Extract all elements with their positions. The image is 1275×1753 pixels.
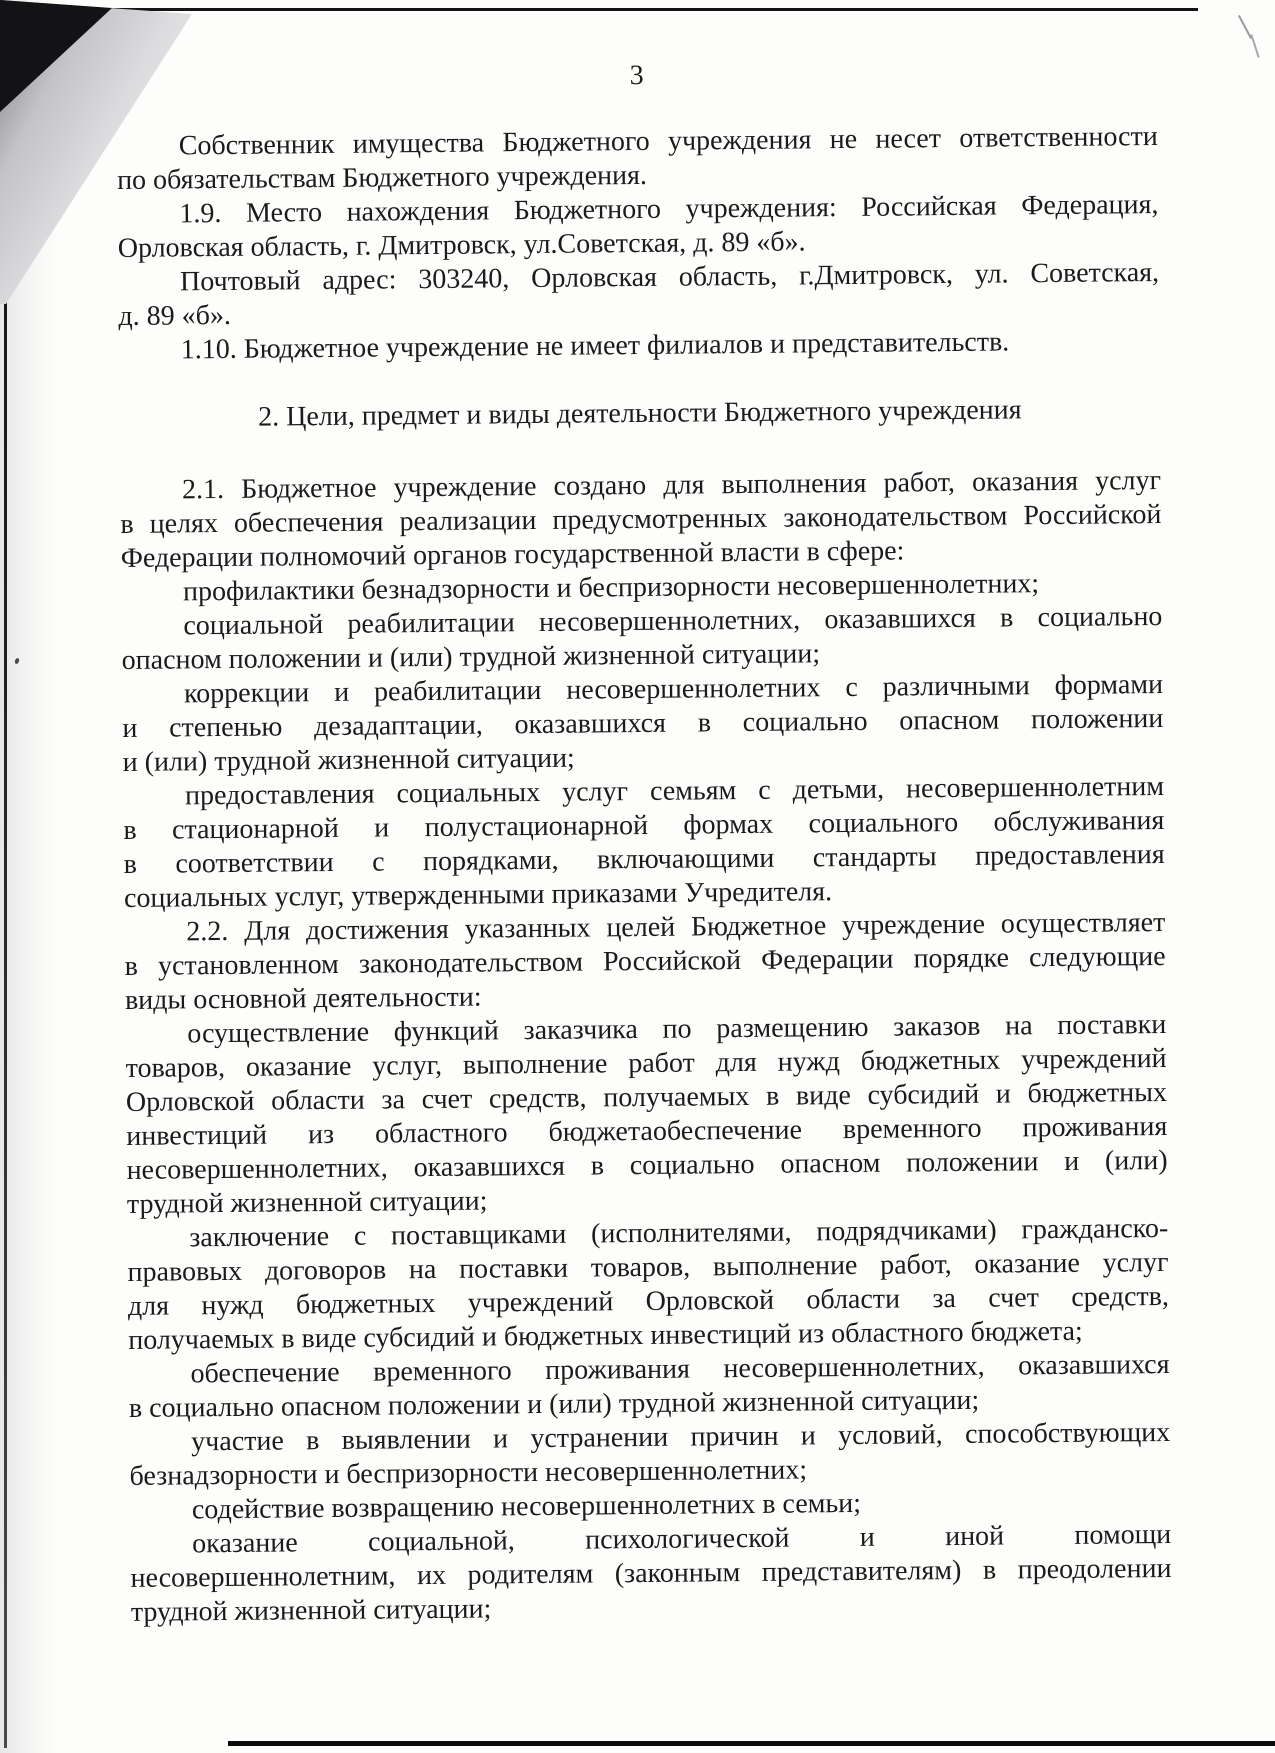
- body-paragraph: 2.2. Для достижения указанных целей Бюдж…: [124, 906, 1166, 1018]
- scan-crease-mark: [1250, 34, 1259, 57]
- document-content: 3 Собственник имущества Бюджетного учреж…: [116, 54, 1172, 1630]
- scan-ink-speck: [14, 657, 20, 664]
- scan-edge-bottom: [228, 1741, 1275, 1746]
- body-paragraph: 1.9. Место нахождения Бюджетного учрежде…: [117, 188, 1159, 266]
- body-paragraph: коррекции и реабилитации несовершеннолет…: [122, 668, 1164, 780]
- body-paragraph: Почтовый адрес: 303240, Орловская област…: [118, 256, 1160, 334]
- body-paragraph: предоставления социальных услуг семьям с…: [123, 770, 1165, 916]
- page-number: 3: [116, 54, 1157, 98]
- body-paragraph: Собственник имущества Бюджетного учрежде…: [117, 120, 1159, 198]
- body-paragraph: социальной реабилитации несовершеннолетн…: [121, 600, 1163, 678]
- text-line: 2. Цели, предмет и виды деятельности Бюд…: [119, 392, 1160, 436]
- body-paragraph: участие в выявлении и устранении причин …: [129, 1416, 1171, 1494]
- scanned-page: 3 Собственник имущества Бюджетного учреж…: [0, 0, 1275, 1753]
- body-paragraph: 2.1. Бюджетное учреждение создано для вы…: [120, 464, 1162, 576]
- body-paragraph: заключение с поставщиками (исполнителями…: [127, 1212, 1169, 1358]
- section-heading: 2. Цели, предмет и виды деятельности Бюд…: [119, 392, 1160, 436]
- scan-edge-top: [18, 8, 1198, 11]
- body-paragraph: осуществление функций заказчика по разме…: [125, 1008, 1168, 1222]
- paragraph-container: Собственник имущества Бюджетного учрежде…: [117, 120, 1172, 1630]
- body-paragraph: обеспечение временного проживания несове…: [128, 1348, 1170, 1426]
- body-paragraph: оказание социальной, психологической и и…: [130, 1518, 1172, 1630]
